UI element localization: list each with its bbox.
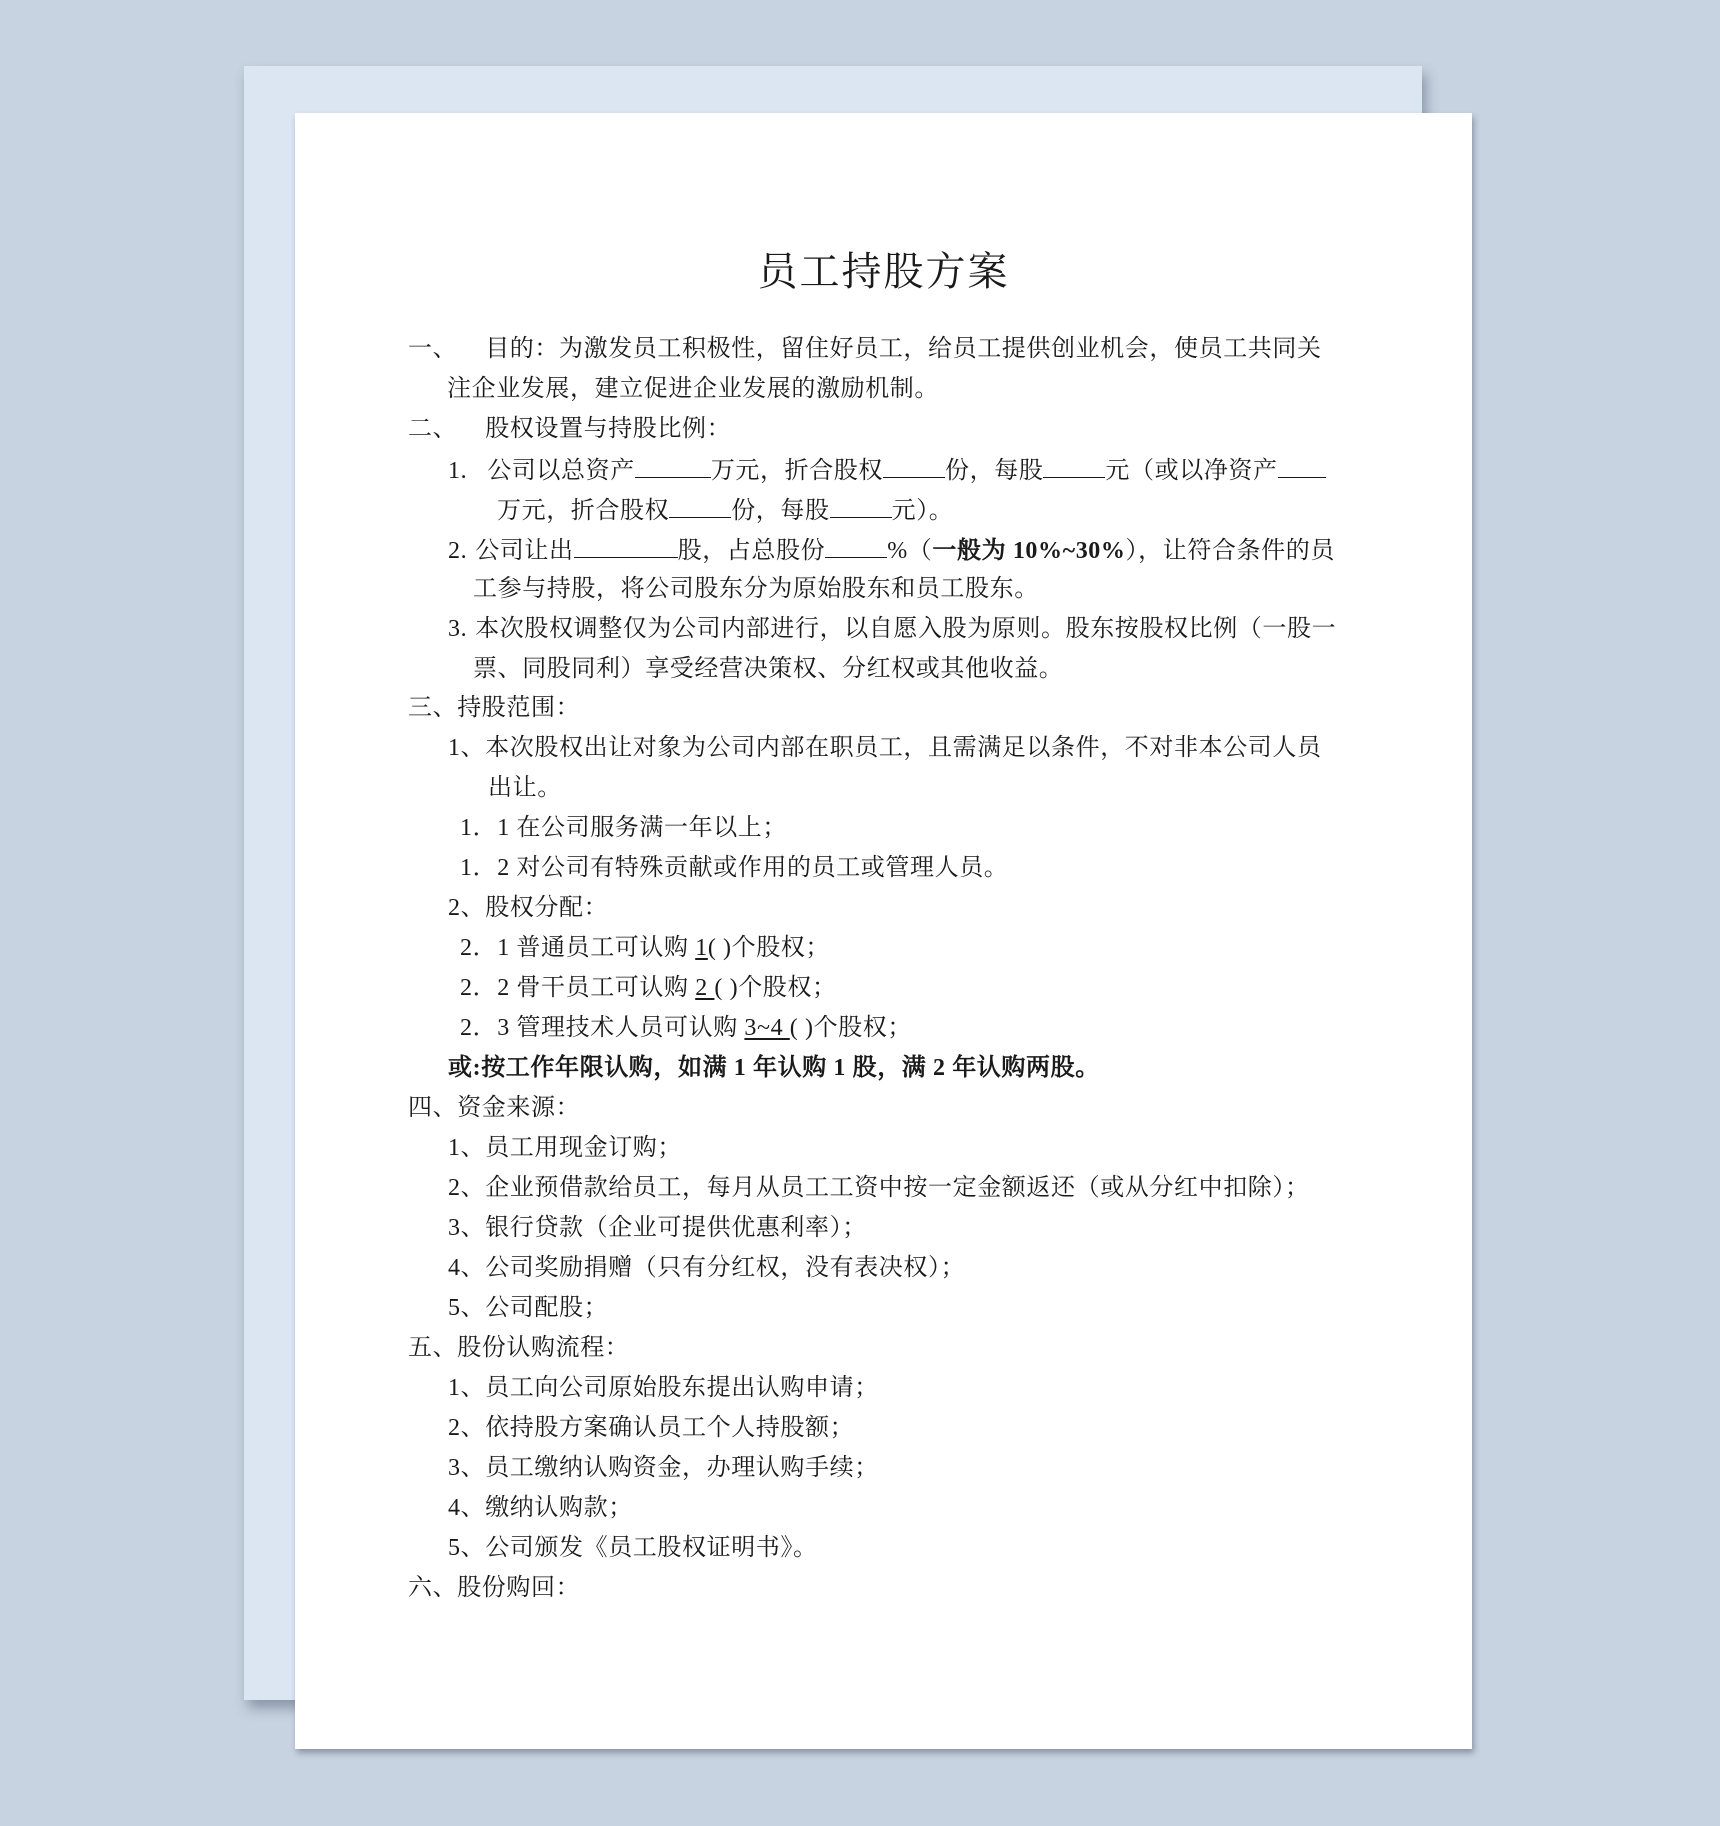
s3-alternative-note: 或:按工作年限认购，如满 1 年认购 1 股，满 2 年认购两股。 [448,1054,1100,1082]
s5-item: 2、依持股方案确认员工个人持股额； [448,1414,854,1442]
s2-item-2-line-2: 工参与持股，将公司股东分为原始股东和员工股东。 [473,575,1039,603]
s2-item-3-line-2: 票、同股同利）享受经营决策权、分红权或其他收益。 [473,655,1063,683]
document-page: 员工持股方案 一、目的：为激发员工积极性，留住好员工，给员工提供创业机会，使员工… [295,113,1472,1749]
section-1-line-1: 一、目的：为激发员工积极性，留住好员工，给员工提供创业机会，使员工共同关 [408,335,1322,363]
section-3-heading: 三、持股范围： [408,694,580,722]
s2-item-2-line-1: 2.公司让出股，占总股份%（一般为 10%~30%），让符合条件的员 [448,535,1335,565]
s3-condition-2: 1．2 对公司有特殊贡献或作用的员工或管理人员。 [460,854,1008,882]
section-number: 一、 [408,336,457,362]
blank-shares[interactable] [883,455,945,478]
section-2-heading: 二、股权设置与持股比例： [408,415,731,443]
blank-total-assets[interactable] [635,455,711,478]
s4-item: 5、公司配股； [448,1294,608,1322]
s3-condition-1: 1．1 在公司服务满一年以上； [460,814,787,842]
s5-item: 1、员工向公司原始股东提出认购申请； [448,1374,879,1402]
document-title: 员工持股方案 [295,240,1472,297]
s3-item-1-line-2: 出让。 [488,774,562,802]
section-5-heading: 五、股份认购流程： [408,1334,629,1362]
s4-item: 4、公司奖励捐赠（只有分红权，没有表决权）； [448,1254,965,1282]
s3-item-2: 2、股权分配： [448,894,608,922]
s2-item-1-line-1: 1.公司以总资产万元，折合股权份，每股元（或以净资产 [448,455,1326,485]
blank-shares-offered[interactable] [574,535,678,558]
s3-allocation-3: 2．3 管理技术人员可认购 3~4 ( )个股权； [460,1014,912,1042]
blank-price-per-share[interactable] [1043,455,1105,478]
blank-percentage[interactable] [825,535,887,558]
s3-item-1-line-1: 1、本次股权出让对象为公司内部在职员工，且需满足以条件，不对非本公司人员 [448,734,1322,762]
s4-item: 3、银行贷款（企业可提供优惠利率）； [448,1214,867,1242]
section-1-line-2: 注企业发展，建立促进企业发展的激励机制。 [447,375,939,403]
s5-item: 4、缴纳认购款； [448,1494,633,1522]
s2-item-3-line-1: 3.本次股权调整仅为公司内部进行，以自愿入股为原则。股东按股权比例（一股一 [448,615,1336,643]
blank-net-assets[interactable] [1278,455,1326,478]
blank-price-per-share-net[interactable] [830,495,892,518]
s2-item-1-line-2: 万元，折合股权份，每股元）。 [497,495,953,525]
s4-item: 2、企业预借款给员工，每月从员工工资中按一定金额返还（或从分红中扣除）； [448,1174,1310,1202]
s5-item: 5、公司颁发《员工股权证明书》。 [448,1534,818,1562]
s3-allocation-2: 2．2 骨干员工可认购 2 ( )个股权； [460,974,837,1002]
s3-allocation-1: 2．1 普通员工可认购 1( )个股权； [460,934,830,962]
s5-item: 3、员工缴纳认购资金，办理认购手续； [448,1454,879,1482]
s4-item: 1、员工用现金订购； [448,1134,682,1162]
section-6-heading: 六、股份购回： [408,1574,580,1602]
blank-shares-net[interactable] [669,495,731,518]
section-4-heading: 四、资金来源： [408,1094,580,1122]
